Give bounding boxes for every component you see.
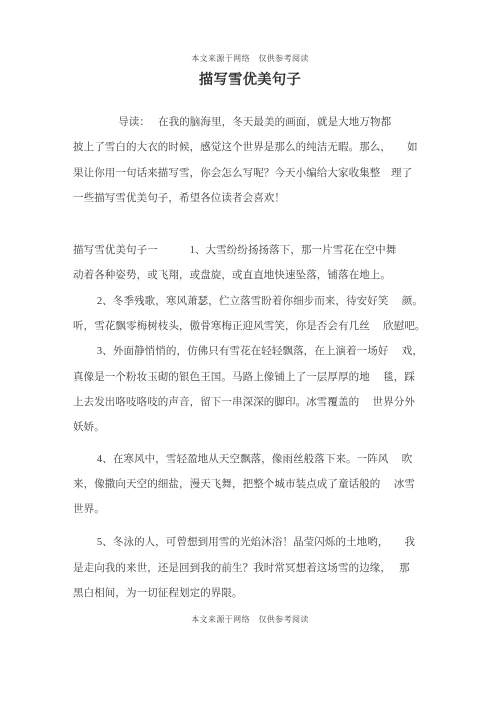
- source-note-bottom: 本文来源于网络 仅供参考阅读: [0, 614, 500, 625]
- text-line: 黑白相间，为一切征程划定的界限。: [73, 581, 445, 606]
- text-line: 真像是一个粉妆玉砌的银色王国。马路上像铺上了一层厚厚的地 毯，踩: [73, 365, 445, 390]
- text-line: 5、冬泳的人，可曾想到用雪的光焰沐浴！晶莹闪烁的土地哟， 我: [73, 530, 445, 555]
- text-line: 妖娇。: [73, 415, 445, 440]
- intro-paragraph: 导读： 在我的脑海里，冬天最美的画面，就是大地万物都披上了雪白的大衣的时候，感觉…: [73, 110, 445, 211]
- text-line: 果让你用一句话来描写雪，你会怎么写呢？今天小编给大家收集整 理了: [73, 161, 445, 186]
- sentence-2-paragraph: 2、冬季残歌，寒风萧瑟，伫立落雪盼着你细步而来，待安好笑 颜。听，雪花飘零梅树枝…: [73, 289, 445, 340]
- text-line: 上去发出咯吱咯吱的声音，留下一串深深的脚印。冰雪覆盖的 世界分外: [73, 390, 445, 415]
- text-line: 3、外面静悄悄的，仿佛只有雪花在轻轻飘落，在上演着一场好 戏，: [73, 339, 445, 364]
- text-line: 是走向我的来世，还是回到我的前生？我时常冥想着这场雪的边缘， 那: [73, 556, 445, 581]
- sentence-5-paragraph: 5、冬泳的人，可曾想到用雪的光焰沐浴！晶莹闪烁的土地哟， 我是走向我的来世，还是…: [73, 530, 445, 606]
- sentence-3-paragraph: 3、外面静悄悄的，仿佛只有雪花在轻轻飘落，在上演着一场好 戏，真像是一个粉妆玉砌…: [73, 339, 445, 440]
- text-line: 一些描写雪优美句子，希望各位读者会喜欢！: [73, 186, 445, 211]
- text-line: 听，雪花飘零梅树枝头，傲骨寒梅正迎风雪笑，你是否会有几丝 欣慰吧。: [73, 314, 445, 339]
- text-line: 2、冬季残歌，寒风萧瑟，伫立落雪盼着你细步而来，待安好笑 颜。: [73, 289, 445, 314]
- text-line: 导读： 在我的脑海里，冬天最美的画面，就是大地万物都: [73, 110, 445, 135]
- text-line: 动着各种姿势，或飞翔，或盘旋，或直直地快速坠落，铺落在地上。: [73, 263, 445, 288]
- text-line: 4、在寒风中，雪轻盈地从天空飘落，像雨丝般落下来。一阵风 吹: [73, 447, 445, 472]
- source-note-top: 本文来源于网络 仅供参考阅读: [0, 0, 500, 64]
- document-page: 本文来源于网络 仅供参考阅读 描写雪优美句子 导读： 在我的脑海里，冬天最美的画…: [0, 0, 500, 708]
- text-line: 披上了雪白的大衣的时候，感觉这个世界是那么的纯洁无暇。那么， 如: [73, 135, 445, 160]
- text-line: 世界。: [73, 497, 445, 522]
- text-line: 描写雪优美句子一 1、大雪纷纷扬扬落下，那一片雪花在空中舞: [73, 238, 445, 263]
- text-line: 来，像撒向天空的细盐，漫天飞舞，把整个城市装点成了童话般的 冰雪: [73, 472, 445, 497]
- document-body: 导读： 在我的脑海里，冬天最美的画面，就是大地万物都披上了雪白的大衣的时候，感觉…: [73, 110, 445, 606]
- section-1-paragraph: 描写雪优美句子一 1、大雪纷纷扬扬落下，那一片雪花在空中舞动着各种姿势，或飞翔，…: [73, 238, 445, 289]
- sentence-4-paragraph: 4、在寒风中，雪轻盈地从天空飘落，像雨丝般落下来。一阵风 吹来，像撒向天空的细盐…: [73, 447, 445, 523]
- page-title: 描写雪优美句子: [0, 70, 500, 90]
